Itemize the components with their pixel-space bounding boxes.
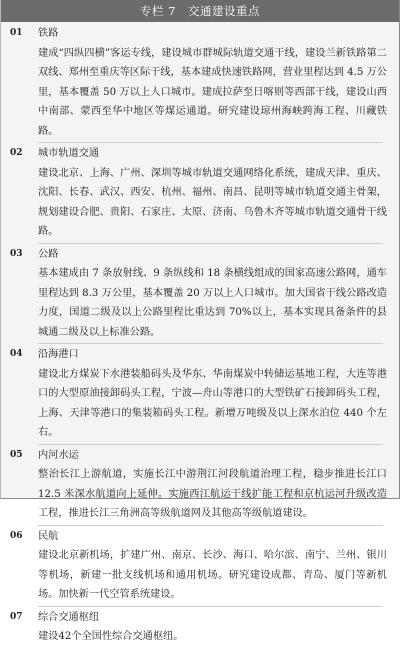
section-title: 公路 — [38, 245, 399, 265]
section-number: 01 — [10, 24, 23, 44]
section-number: 03 — [10, 245, 23, 265]
section-title: 铁路 — [38, 24, 399, 44]
divider — [38, 243, 383, 244]
section-urban-rail: 02 城市轨道交通 建设北京、上海、广州、深圳等城市轨道交通网络化系统，建成天津… — [1, 144, 399, 242]
section-number: 04 — [10, 345, 23, 365]
divider — [38, 142, 383, 143]
section-body: 整治长江上游航道，实施长江中游荆江河段航道治理工程，稳步推进长江口 12.5 米… — [38, 465, 387, 500]
section-inland-waterway: 05 内河水运 整治长江上游航道，实施长江中游荆江河段航道治理工程，稳步推进长江… — [1, 446, 399, 501]
section-body: 建成“四纵四横”客运专线，建设城市群城际轨道交通干线，建设兰新铁路第二双线、郑州… — [38, 44, 387, 142]
feature-box: 专栏 7 交通建设重点 01 铁路 建成“四纵四横”客运专线，建设城市群城际轨道… — [0, 0, 400, 499]
box-title: 交通建设重点 — [188, 4, 260, 18]
divider — [38, 444, 383, 445]
section-railway: 01 铁路 建成“四纵四横”客运专线，建设城市群城际轨道交通干线，建设兰新铁路第… — [1, 24, 399, 141]
section-body: 基本建成由 7 条放射线、9 条纵线和 18 条横线组成的国家高速公路网，通车里… — [38, 264, 387, 342]
section-highway: 03 公路 基本建成由 7 条放射线、9 条纵线和 18 条横线组成的国家高速公… — [1, 245, 399, 343]
section-title: 内河水运 — [38, 446, 399, 466]
section-number: 02 — [10, 144, 23, 164]
section-coastal-ports: 04 沿海港口 建设北方煤炭下水港装船码头及华东、华南煤炭中转储运基地工程，大连… — [1, 345, 399, 443]
section-title: 沿海港口 — [38, 345, 399, 365]
box-label: 专栏 7 — [140, 4, 176, 18]
section-body: 建设北京、上海、广州、深圳等城市轨道交通网络化系统，建成天津、重庆、沈阳、长春、… — [38, 164, 387, 242]
divider — [38, 343, 383, 344]
sections-list: 01 铁路 建成“四纵四横”客运专线，建设城市群城际轨道交通干线，建设兰新铁路第… — [1, 22, 399, 500]
section-number: 05 — [10, 446, 23, 466]
section-title: 城市轨道交通 — [38, 144, 399, 164]
box-header: 专栏 7 交通建设重点 — [1, 0, 399, 22]
section-body: 建设北方煤炭下水港装船码头及华东、华南煤炭中转储运基地工程，大连等港口的大型原油… — [38, 365, 387, 443]
